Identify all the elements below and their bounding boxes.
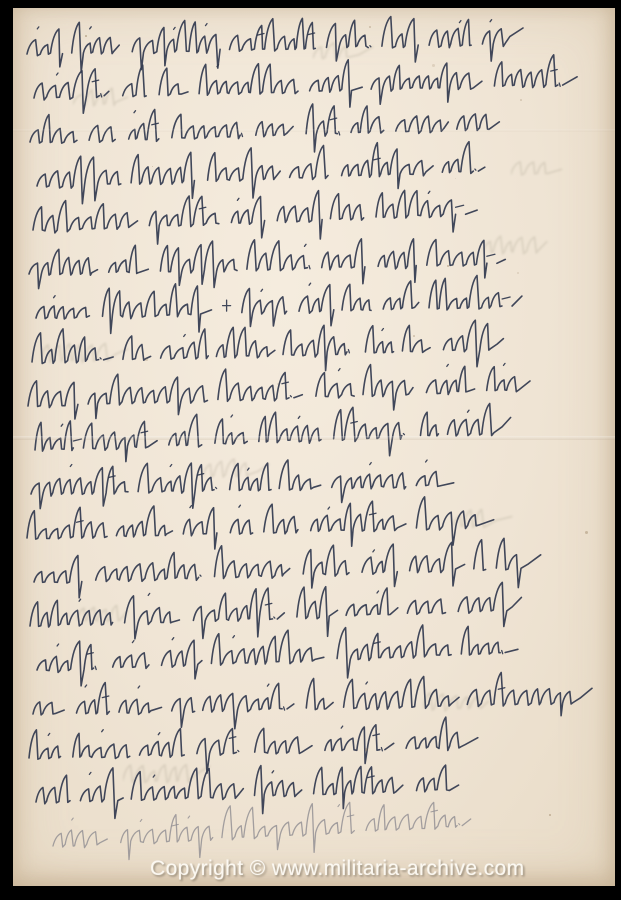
letter-paper: ich hier zufällig entdeckt habe. Ich wei… [13,8,615,886]
paper-speck [152,166,153,167]
paper-speck [369,26,371,28]
paper-speck [432,64,435,67]
paper-speck [145,358,148,361]
watermark: Copyright © www.militaria-archive.com [150,857,525,881]
paper-speck [413,335,415,337]
paper-speck [517,272,519,274]
paper-speck [85,35,87,37]
paper-speck [447,265,449,267]
paper-speck [585,531,588,534]
paper-speck [365,748,368,751]
paper-speck [549,814,551,816]
paper-speck [455,178,456,179]
paper-speck [520,99,522,101]
paper-speck [277,383,279,385]
scanned-letter-photo: { "page": { "kind": "scanned handwritten… [0,0,621,900]
paper-specks [13,8,615,886]
